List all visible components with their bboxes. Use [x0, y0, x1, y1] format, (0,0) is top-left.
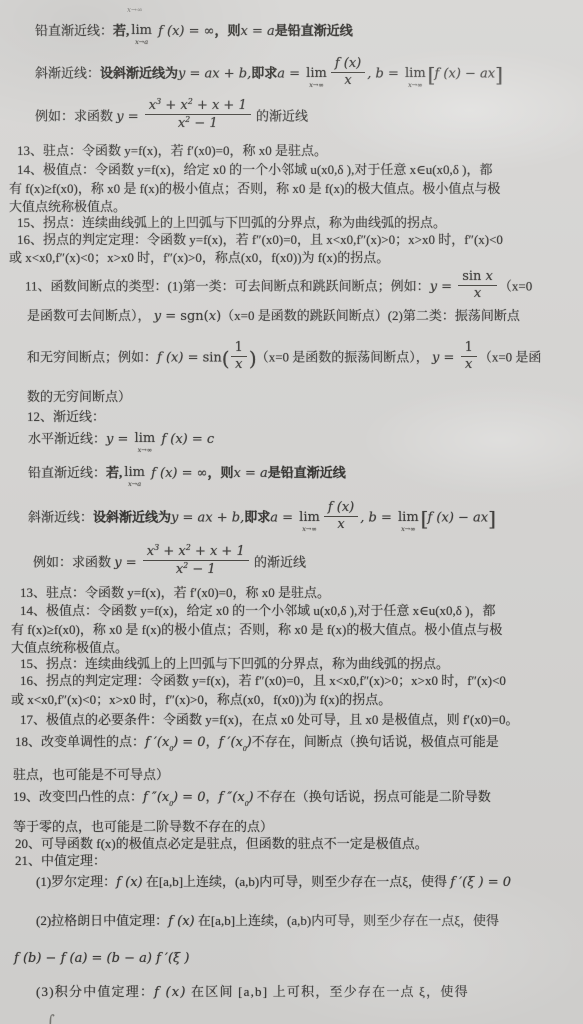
math-run: f (x) − ax [434, 67, 495, 82]
fraction-denominator: x [331, 73, 365, 88]
item-15-inflection-point-a: 15、拐点：连续曲线弧上的上凹弧与下凹弧的分界点，称为曲线弧的拐点。 [17, 214, 446, 231]
math-run: a = [270, 511, 297, 526]
limit-operator: limx→∞ [299, 511, 320, 533]
text-run: 11、函数间断点的类型：(1)第一类：可去间断点和跳跃间断点；例如： [25, 279, 430, 294]
math-run: f ″(x [218, 790, 244, 805]
big-bracket: ) [249, 347, 256, 371]
text-run: 有 f(x)≥f(x0)，称 x0 是 f(x)的极小值点；否则，称 x0 是 … [11, 622, 502, 637]
text-run: （x=0 是函 [479, 350, 542, 365]
math-run: x [465, 357, 472, 372]
text-run: ， [205, 789, 218, 804]
math-upright-run: 1 [235, 340, 243, 355]
item-16-inflection-theorem-b-line1: 16、拐点的判定定理：令函数 y=f(x)，若 f″(x0)=0，且 x<x0,… [20, 672, 506, 689]
math-run: y = [432, 351, 459, 366]
item-14-extreme-point-b-line1: 14、极值点：令函数 y=f(x)，给定 x0 的一个小邻域 u(x0,δ ),… [20, 602, 496, 619]
text-run: 在[a,b]上连续，(a,b)内可导，则至少存在一点ξ，使得 [195, 913, 499, 928]
bold-text-run: 设斜渐近线为 [93, 510, 171, 525]
math-run: x [486, 269, 493, 284]
item-13-stationary-point-a: 13、驻点：令函数 y=f(x)，若 f′(x0)=0，称 x0 是驻点。 [17, 142, 327, 159]
math-run: f (x) [154, 985, 186, 1000]
lim-subscript: x→∞ [398, 526, 419, 533]
math-run: a = [277, 67, 304, 82]
math-run: y = [154, 309, 181, 324]
bold-text-run: ，则 [214, 23, 240, 38]
lim-subscript: x→∞ [405, 82, 426, 89]
fraction-denominator: x [461, 357, 477, 372]
text-run: 14、极值点：令函数 y=f(x)，给定 x0 的一个小邻域 u(x0,δ ),… [20, 603, 496, 618]
text-run: 大值点统称极值点。 [11, 640, 128, 655]
lim-subscript: x→a [131, 39, 152, 46]
text-run: (2)拉格朗日中值定理： [36, 913, 168, 928]
lagrange-theorem-line: (2)拉格朗日中值定理：f (x) 在[a,b]上连续，(a,b)内可导，则至少… [36, 912, 499, 930]
fraction: x3 + x2 + x + 1x2 − 1 [143, 544, 249, 576]
lim-subscript: x→∞ [306, 82, 327, 89]
text-run: 铅直渐近线： [35, 23, 113, 38]
fraction-numerator: 1 [461, 341, 477, 357]
math-run: f (x) = c [157, 432, 214, 447]
text-run: 例如：求函数 [33, 555, 114, 570]
math-run: f ′(ξ ) = 0 [450, 875, 511, 890]
text-run: 18、改变单调性的点： [15, 734, 145, 749]
text-run: （x=0 是函数的振荡间断点）， [256, 350, 432, 365]
item-19-concavity-line1: 19、改变凹凸性的点：f ″(x0) = 0，f ″(x0) 不存在（换句话说，… [13, 788, 491, 812]
bold-text-run: 即求 [244, 510, 270, 525]
item-20-differentiable-note: 20、可导函数 f(x)的极值点必定是驻点，但函数的驻点不一定是极值点。 [15, 835, 428, 852]
math-run: x [337, 517, 344, 532]
text-run: （x=0 [499, 279, 532, 294]
math-upright-run: sgn( [180, 309, 208, 324]
math-upright-run: sin [203, 351, 222, 366]
lim-word: lim [131, 24, 152, 37]
item-12-asymptote-heading: 12、渐近线： [27, 408, 105, 425]
bold-text-run: 若, [113, 23, 129, 38]
text-run: 例如：求函数 [35, 109, 116, 124]
bold-text-run: 若, [106, 465, 122, 480]
math-run: + x + 1 [193, 98, 247, 113]
oblique-asymptote-line-2: 斜渐近线：设斜渐近线为y = ax + b,即求a = limx→∞f (x)x… [28, 501, 495, 532]
text-run: ， [206, 734, 219, 749]
document-page: x→∞铅直渐近线：若,limx→a f (x) = ∞，则x = a是铅直渐近线… [0, 0, 583, 1024]
text-run: 在[a,b]上连续，(a,b)内可导，则至少存在一点ξ，使得 [143, 874, 451, 889]
math-run: f (b) − f (a) = (b − a) f ′(ξ ) [14, 951, 189, 966]
math-run: − 1 [190, 116, 217, 131]
text-run: 等于零的点，也可能是二阶导数不存在的点） [13, 819, 273, 834]
item-11-discontinuity-line1: 11、函数间断点的类型：(1)第一类：可去间断点和跳跃间断点；例如：y = si… [25, 270, 532, 300]
math-run: ) = 0 [173, 735, 206, 750]
text-run: (3)积分中值定理： [36, 984, 154, 999]
item-16-inflection-theorem-b-line2: 或 x<x0,f″(x)<0；x>x0 时，f″(x)>0，称点(x0，f(x0… [11, 691, 391, 708]
math-run: + x + 1 [191, 544, 245, 559]
example-asymptote-line-1: 例如：求函数 y = x3 + x2 + x + 1x2 − 1 的渐近线 [35, 98, 308, 130]
math-run: y = ax + b, [178, 67, 251, 82]
math-run: y = [116, 110, 143, 125]
lim-word: lim [299, 511, 320, 524]
math-run: f (x) = ∞ [154, 24, 215, 39]
text-run: 的渐近线 [251, 555, 306, 570]
limit-operator: limx→∞ [398, 511, 419, 533]
limit-operator: limx→a [124, 466, 145, 488]
fraction-denominator: x2 − 1 [145, 115, 251, 131]
math-run: y = [114, 556, 141, 571]
item-18-monotonicity-line1: 18、改变单调性的点：f ′(x0) = 0，f ′(x0)不存在，间断点（换句… [15, 733, 499, 757]
text-run: 20、可导函数 f(x)的极值点必定是驻点，但函数的驻点不一定是极值点。 [15, 836, 428, 851]
limit-operator: limx→∞ [405, 67, 426, 89]
item-11-discontinuity-line2: 是函数可去间断点）， y = sgn(x)（x=0 是函数的跳跃间断点）(2)第… [27, 307, 520, 325]
item-13-stationary-point-b: 13、驻点：令函数 y=f(x)，若 f′(x0)=0，称 x0 是驻点。 [20, 584, 330, 601]
vertical-asymptote-line-1: 铅直渐近线：若,limx→a f (x) = ∞，则x = a是铅直渐近线 [35, 22, 353, 46]
math-run: + x [161, 98, 188, 113]
math-run: x = a [234, 466, 268, 481]
fraction-numerator: sin x [458, 270, 497, 286]
item-19-concavity-line2: 等于零的点，也可能是二阶导数不存在的点） [13, 818, 273, 835]
fraction-denominator: x [458, 286, 497, 301]
item-15-inflection-point-b: 15、拐点：连续曲线弧上的上凹弧与下凹弧的分界点，称为曲线弧的拐点。 [20, 655, 449, 672]
math-run: f (x) [335, 56, 361, 71]
fraction: f (x)x [331, 57, 365, 87]
math-upright-run: 1 [465, 340, 473, 355]
math-run: f (x) [116, 875, 142, 890]
math-run: f (x) [168, 914, 194, 929]
text-run: 是函数可去间断点）， [27, 308, 154, 323]
math-run: , b = [360, 511, 396, 526]
text-run: 15、拐点：连续曲线弧上的上凹弧与下凹弧的分界点，称为曲线弧的拐点。 [20, 656, 449, 671]
math-run: f (x) = [157, 351, 203, 366]
item-11-discontinuity-line3: 和无穷间断点；例如：f (x) = sin(1x)（x=0 是函数的振荡间断点）… [27, 341, 541, 371]
text-run: 13、驻点：令函数 y=f(x)，若 f′(x0)=0，称 x0 是驻点。 [20, 585, 330, 600]
fraction: 1x [231, 341, 247, 371]
math-run: x [344, 73, 351, 88]
fraction: 1x [461, 341, 477, 371]
document-content: x→∞铅直渐近线：若,limx→a f (x) = ∞，则x = a是铅直渐近线… [0, 0, 583, 1024]
text-run: 或 x<x0,f″(x)<0；x>x0 时，f″(x)>0，称点(x0，f(x0… [9, 250, 389, 265]
text-run: 12、渐近线： [27, 409, 105, 424]
text-run: 21、中值定理： [15, 853, 106, 868]
fraction-denominator: x2 − 1 [143, 561, 249, 577]
item-18-monotonicity-line2: 驻点，也可能是不可导点） [13, 766, 169, 783]
horizontal-asymptote-line: 水平渐近线：y = limx→∞ f (x) = c [28, 430, 214, 454]
math-run: y = ax + b, [171, 511, 244, 526]
lim-word: lim [124, 466, 145, 479]
big-bracket: ( [222, 347, 229, 371]
item-21-mean-value-heading: 21、中值定理： [15, 852, 106, 869]
text-run: 驻点，也可能是不可导点） [13, 767, 169, 782]
item-14-extreme-point-b-line3: 大值点统称极值点。 [11, 639, 128, 656]
lagrange-formula-line: f (b) − f (a) = (b − a) f ′(ξ ) [14, 949, 189, 967]
big-bracket: ] [495, 63, 502, 87]
example-asymptote-line-2: 例如：求函数 y = x3 + x2 + x + 1x2 − 1 的渐近线 [33, 544, 306, 576]
text-run: 17、极值点的必要条件：令函数 y=f(x)，在点 x0 处可导，且 x0 是极… [20, 712, 518, 727]
cutoff-integral-fragment-bottom: ∫ [46, 1013, 55, 1024]
math-run: y = [430, 280, 457, 295]
text-run: 或 x<x0,f″(x)<0；x>x0 时，f″(x)>0，称点(x0，f(x0… [11, 692, 391, 707]
integral-mean-value-line: (3)积分中值定理：f (x) 在区间 [a,b] 上可积，至少存在一点 ξ，使… [36, 983, 469, 1001]
fraction-numerator: x3 + x2 + x + 1 [143, 544, 249, 561]
math-run: f (x) [328, 500, 354, 515]
bold-text-run: 是铅直渐近线 [268, 465, 346, 480]
big-bracket: ] [488, 507, 495, 531]
bold-text-run: 是铅直渐近线 [275, 23, 353, 38]
math-upright-run: ∫ [46, 1012, 55, 1024]
item-16-inflection-theorem-a-line1: 16、拐点的判定定理：令函数 y=f(x)，若 f″(x0)=0，且 x<x0,… [17, 231, 503, 248]
text-run: 和无穷间断点；例如： [27, 350, 157, 365]
math-run: x→∞ [127, 6, 143, 14]
text-run: 不存在，间断点（换句话说，极值点可能是 [252, 734, 499, 749]
text-run: 数的无穷间断点） [27, 389, 131, 404]
text-run: (1)罗尔定理： [36, 874, 116, 889]
text-run: 19、改变凹凸性的点： [13, 789, 143, 804]
math-run: ) = 0 [173, 790, 206, 805]
math-run: − 1 [188, 562, 215, 577]
math-run: x [474, 286, 481, 301]
text-run: 的渐近线 [253, 109, 308, 124]
cutoff-limit-subscript-top: x→∞ [127, 2, 143, 19]
item-14-extreme-point-a-line2: 有 f(x)≥f(x0)，称 x0 是 f(x)的极小值点；否则，称 x0 是 … [9, 180, 500, 197]
text-run: 水平渐近线： [28, 431, 106, 446]
text-run: 大值点统称极值点。 [9, 199, 126, 214]
math-run: f (x) = ∞ [147, 466, 208, 481]
text-run: 16、拐点的判定定理：令函数 y=f(x)，若 f″(x0)=0，且 x<x0,… [20, 673, 506, 688]
item-14-extreme-point-b-line2: 有 f(x)≥f(x0)，称 x0 是 f(x)的极小值点；否则，称 x0 是 … [11, 621, 502, 638]
bold-text-run: ，则 [207, 465, 233, 480]
text-run: 斜渐近线： [28, 510, 93, 525]
fraction-numerator: 1 [231, 341, 247, 357]
item-11-discontinuity-line4: 数的无穷间断点） [27, 388, 131, 405]
math-run: f ′(x [145, 735, 169, 750]
fraction-denominator: x [231, 357, 247, 372]
fraction: x3 + x2 + x + 1x2 − 1 [145, 98, 251, 130]
lim-word: lim [398, 511, 419, 524]
lim-subscript: x→∞ [299, 526, 320, 533]
limit-operator: limx→∞ [135, 432, 156, 454]
text-run: 铅直渐近线： [28, 465, 106, 480]
text-run: 16、拐点的判定定理：令函数 y=f(x)，若 f″(x0)=0，且 x<x0,… [17, 232, 503, 247]
math-run: x = a [241, 24, 275, 39]
fraction-numerator: x3 + x2 + x + 1 [145, 98, 251, 115]
lim-subscript: x→a [124, 481, 145, 488]
math-run: x [235, 357, 242, 372]
math-run: x [209, 309, 216, 324]
text-run: （x=0 是函数的跳跃间断点）(2)第二类：振荡间断点 [221, 308, 520, 323]
vertical-asymptote-line-2: 铅直渐近线：若,limx→a f (x) = ∞，则x = a是铅直渐近线 [28, 464, 346, 488]
text-run: 斜渐近线： [35, 66, 100, 81]
lim-word: lim [306, 67, 327, 80]
bold-text-run: 即求 [251, 66, 277, 81]
math-run: + x [159, 544, 186, 559]
item-14-extreme-point-a-line3: 大值点统称极值点。 [9, 198, 126, 215]
math-run: f (x) − ax [427, 511, 488, 526]
limit-operator: limx→a [131, 24, 152, 46]
fraction-numerator: f (x) [324, 501, 358, 517]
text-run: 有 f(x)≥f(x0)，称 x0 是 f(x)的极小值点；否则，称 x0 是 … [9, 181, 500, 196]
lim-word: lim [135, 432, 156, 445]
fraction-numerator: f (x) [331, 57, 365, 73]
item-16-inflection-theorem-a-line2: 或 x<x0,f″(x)<0；x>x0 时，f″(x)>0，称点(x0，f(x0… [9, 249, 389, 266]
math-run: f ′(x [219, 735, 243, 750]
text-run: 15、拐点：连续曲线弧上的上凹弧与下凹弧的分界点，称为曲线弧的拐点。 [17, 215, 446, 230]
bold-text-run: 设斜渐近线为 [100, 66, 178, 81]
limit-operator: limx→∞ [306, 67, 327, 89]
lim-word: lim [405, 67, 426, 80]
text-run: 13、驻点：令函数 y=f(x)，若 f′(x0)=0，称 x0 是驻点。 [17, 143, 327, 158]
math-run: y = [106, 432, 133, 447]
item-17-necessary-condition: 17、极值点的必要条件：令函数 y=f(x)，在点 x0 处可导，且 x0 是极… [20, 711, 518, 728]
text-run: 14、极值点：令函数 y=f(x)，给定 x0 的一个小邻域 u(x0,δ ),… [17, 162, 493, 177]
text-run: 在区间 [a,b] 上可积，至少存在一点 ξ，使得 [187, 984, 469, 999]
text-run: 不存在（换句话说，拐点可能是二阶导数 [254, 789, 491, 804]
lim-subscript: x→∞ [135, 447, 156, 454]
fraction-denominator: x [324, 517, 358, 532]
math-upright-run: sin [462, 269, 485, 284]
fraction: sin xx [458, 270, 497, 300]
math-run: , b = [367, 67, 403, 82]
oblique-asymptote-line-1: 斜渐近线：设斜渐近线为y = ax + b,即求a = limx→∞f (x)x… [35, 57, 502, 88]
math-run: f ″(x [143, 790, 169, 805]
rolle-theorem-line: (1)罗尔定理：f (x) 在[a,b]上连续，(a,b)内可导，则至少存在一点… [36, 873, 511, 891]
item-14-extreme-point-a-line1: 14、极值点：令函数 y=f(x)，给定 x0 的一个小邻域 u(x0,δ ),… [17, 161, 493, 178]
fraction: f (x)x [324, 501, 358, 531]
